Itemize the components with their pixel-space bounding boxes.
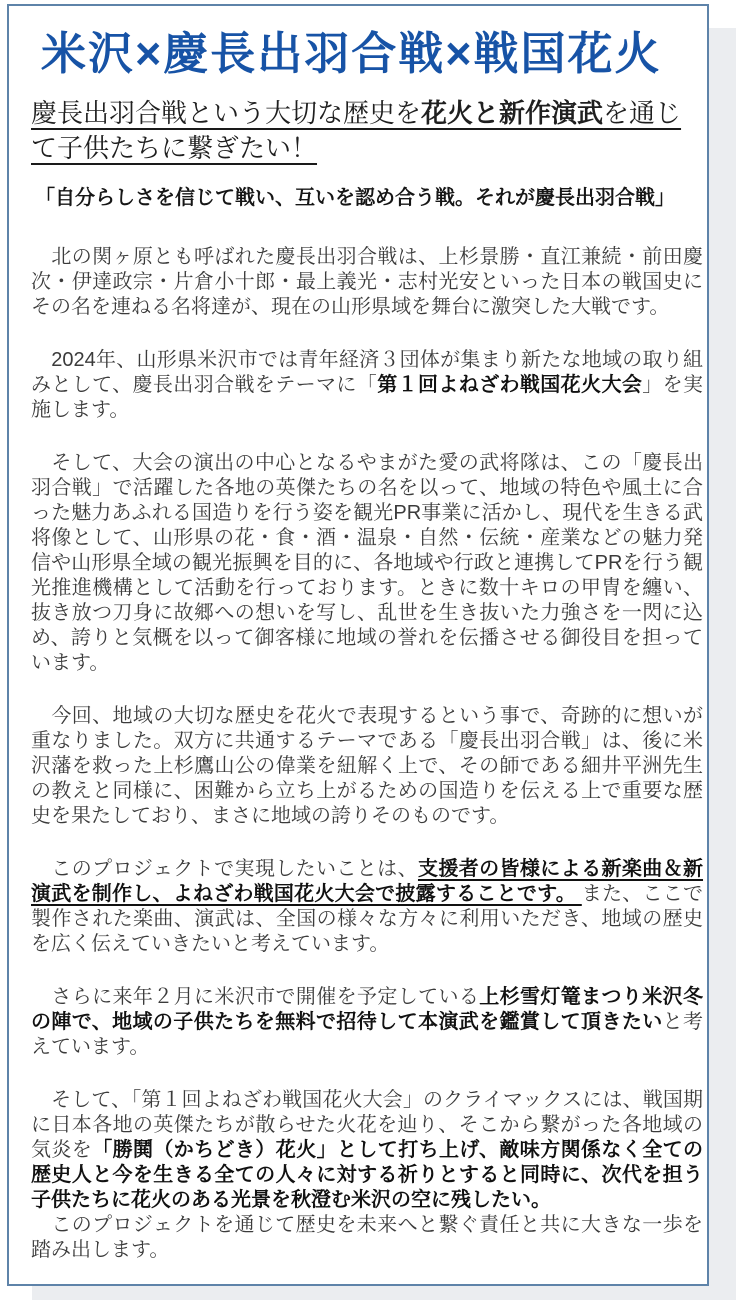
- text-run: 花火と新作演武: [421, 98, 603, 128]
- subtitle: 慶長出羽合戦という大切な歴史を花火と新作演武を通じて子供たちに繋ぎたい！: [31, 96, 703, 166]
- paragraph-1: 北の関ヶ原とも呼ばれた慶長出羽合戦は、上杉景勝・直江兼続・前田慶次・伊達政宗・片…: [31, 245, 703, 320]
- page: 米沢×慶長出羽合戦×戦国花火 慶長出羽合戦という大切な歴史を花火と新作演武を通じ…: [0, 0, 736, 1300]
- quote-line: 「自分らしさを信じて戦い、互いを認め合う戦。それが慶長出羽合戦」: [35, 186, 703, 211]
- text-run: 北の関ヶ原とも呼ばれた慶長出羽合戦は、上杉景勝・直江兼続・前田慶次・伊達政宗・片…: [31, 246, 703, 318]
- project-description-card: 米沢×慶長出羽合戦×戦国花火 慶長出羽合戦という大切な歴史を花火と新作演武を通じ…: [7, 4, 709, 1286]
- paragraph-7: そして、「第１回よねざわ戦国花火大会」のクライマックスには、戦国期に日本各地の英…: [31, 1088, 703, 1213]
- text-run: このプロジェクトを通じて歴史を未来へと繋ぐ責任と共に大きな一歩を踏み出します。: [31, 1214, 703, 1261]
- paragraph-5: このプロジェクトで実現したいことは、支援者の皆様による新楽曲＆新演武を制作し、よ…: [31, 857, 703, 957]
- text-run: さらに来年２月に米沢市で開催を予定している: [31, 986, 479, 1008]
- text-run: 「勝鬨（かちどき）花火」として打ち上げ、敵味方関係なく全ての歴史人と今を生きる全…: [31, 1139, 703, 1211]
- text-run: 今回、地域の大切な歴史を花火で表現するという事で、奇跡的に想いが重なりました。双…: [31, 705, 703, 827]
- article-body: 北の関ヶ原とも呼ばれた慶長出羽合戦は、上杉景勝・直江兼続・前田慶次・伊達政宗・片…: [31, 245, 703, 1263]
- paragraph-6: さらに来年２月に米沢市で開催を予定している上杉雪灯篭まつり米沢冬の陣で、地域の子…: [31, 985, 703, 1060]
- text-run: 第１回よねざわ戦国花火大会: [377, 374, 642, 396]
- paragraph-3: そして、大会の演出の中心となるやまがた愛の武将隊は、この「慶長出羽合戦」で活躍し…: [31, 451, 703, 676]
- paragraph-8: このプロジェクトを通じて歴史を未来へと繋ぐ責任と共に大きな一歩を踏み出します。: [31, 1213, 703, 1263]
- text-run: このプロジェクトで実現したいことは、: [31, 858, 418, 880]
- paragraph-2: 2024年、山形県米沢市では青年経済３団体が集まり新たな地域の取り組みとして、慶…: [31, 348, 703, 423]
- page-title: 米沢×慶長出羽合戦×戦国花火: [41, 28, 703, 80]
- text-run: 慶長出羽合戦という大切な歴史を: [31, 98, 421, 128]
- text-run: そして、大会の演出の中心となるやまがた愛の武将隊は、この「慶長出羽合戦」で活躍し…: [31, 452, 703, 674]
- paragraph-4: 今回、地域の大切な歴史を花火で表現するという事で、奇跡的に想いが重なりました。双…: [31, 704, 703, 829]
